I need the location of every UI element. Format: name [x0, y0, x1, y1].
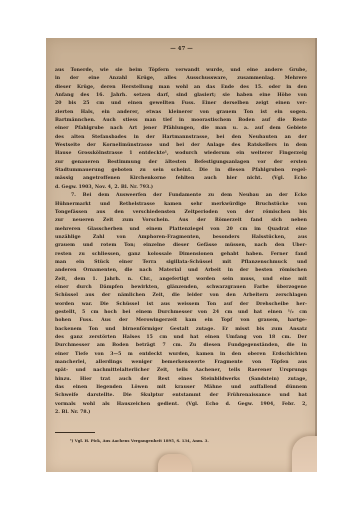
text-line: Schweife darstellte. Die Skulptur entsta… — [55, 392, 307, 400]
page-edge — [315, 38, 317, 472]
text-line: hohen Fuss. Aus der Merowingerzeit kam e… — [55, 317, 307, 325]
text-line: spät- und nachmittelalterlicher Zeit, te… — [55, 367, 307, 375]
text-line: worden war. Die Schüssel ist aus weissem… — [55, 301, 307, 309]
text-line: einer Pfahlgrube nach Art jener Pfählung… — [55, 125, 307, 133]
text-line: Bartmännchen. Auch stiess man tief in mo… — [55, 117, 307, 125]
text-line: 20 bis 25 cm und einen gewellten Fuss. E… — [55, 100, 307, 108]
text-line: zierten Hals, ein anderer, etwas kleiner… — [55, 109, 307, 117]
text-line: des alten Stefansbades in der Hartmannst… — [55, 134, 307, 142]
text-line: backenem Ton und birnenförmiger Gestalt … — [55, 326, 307, 334]
text-line: Schüssel aus der nämlichen Zeit, die lei… — [55, 292, 307, 300]
text-line: des ganz zerstörten Halses 15 cm und hat… — [55, 334, 307, 342]
text-line: das einen liegenden Löwen mit krauser Mä… — [55, 384, 307, 392]
text-line: Tongefässen aus den verschiedensten Zeit… — [55, 209, 307, 217]
text-line: mässig angetroffenen Kirchenkorne fehlte… — [55, 175, 307, 183]
text-line: Zeit, dem 1. Jahrh. n. Chr., angefertigt… — [55, 276, 307, 284]
text-line: mehreren Glasscherben und einem Plattenz… — [55, 226, 307, 234]
text-line: unzählige Zahl von Amphoren-Fragmenten, … — [55, 234, 307, 242]
scanner-thumb-left — [158, 454, 192, 472]
footnote: ¹) Vgl. H. Pick, Aus Aachens Vergangenhe… — [70, 438, 209, 443]
text-line: einer durch Dämpfen bewirkten, glänzende… — [55, 284, 307, 292]
text-line: Hause Grosskölnstrasse 1 entdeckte¹, wod… — [55, 150, 307, 158]
text-line: resten zu schliessen, ganz kolossale Dim… — [55, 251, 307, 259]
text-line: aus Tonerde, wie sie beim Töpfern verwan… — [55, 67, 307, 75]
text-line: Anfang des 16. Jahrh. setzen darf, sind … — [55, 92, 307, 100]
text-line: einer Tiefe von 3—5 m entdeckt wurden, k… — [55, 351, 307, 359]
text-line: gestellt, 5 cm hoch bei einem Durchmesse… — [55, 309, 307, 317]
text-line: Hühnermarkt und Rethelstrasse kamen sehr… — [55, 201, 307, 209]
text-line: 2. Bl. Nr. 78.) — [55, 409, 307, 417]
text-line: Stadtummauerung geboten zu sein scheint.… — [55, 167, 307, 175]
text-line: man ein Stück einer Terra sigillata-Schü… — [55, 259, 307, 267]
text-line: in der eine Anzahl Krüge, alles Ausschus… — [55, 75, 307, 83]
scanner-thumb-right — [292, 436, 317, 472]
text-line: grauem und rotem Ton; einzelne dieser Ge… — [55, 242, 307, 250]
text-line: dieser Krüge, deren Herstellung man wohl… — [55, 84, 307, 92]
text-line: Durchmesser am Boden beträgt 7 cm. Zu di… — [55, 342, 307, 350]
scanned-book-page: — 47 — aus Tonerde, wie sie beim Töpfern… — [46, 38, 317, 472]
text-line: zur genaueren Bestimmung der ältesten Be… — [55, 159, 307, 167]
text-line: Westseite der Kornelimünstrasse und bei … — [55, 142, 307, 150]
footnote-divider — [55, 432, 95, 433]
text-line: zur neueren Zeit zum Vorschein. Aus der … — [55, 217, 307, 225]
body-text: aus Tonerde, wie sie beim Töpfern verwan… — [55, 67, 307, 417]
text-line: d. Gegw. 1903, Nov. 4, 2. Bl. Nr. 793.) — [55, 184, 307, 192]
text-line: anderen Ornamenten, die nach Material un… — [55, 267, 307, 275]
text-line: vormals wohl als Hauszeichen gedient. (V… — [55, 401, 307, 409]
page-number: — 47 — — [46, 46, 317, 52]
text-line: mancherlei, allerdings weniger bemerkens… — [55, 359, 307, 367]
text-line: hinzu. Hier trat auch der Rest eines Ste… — [55, 376, 307, 384]
text-line: 7. Bei dem Ausweerfen der Fundamente zu … — [55, 192, 307, 200]
